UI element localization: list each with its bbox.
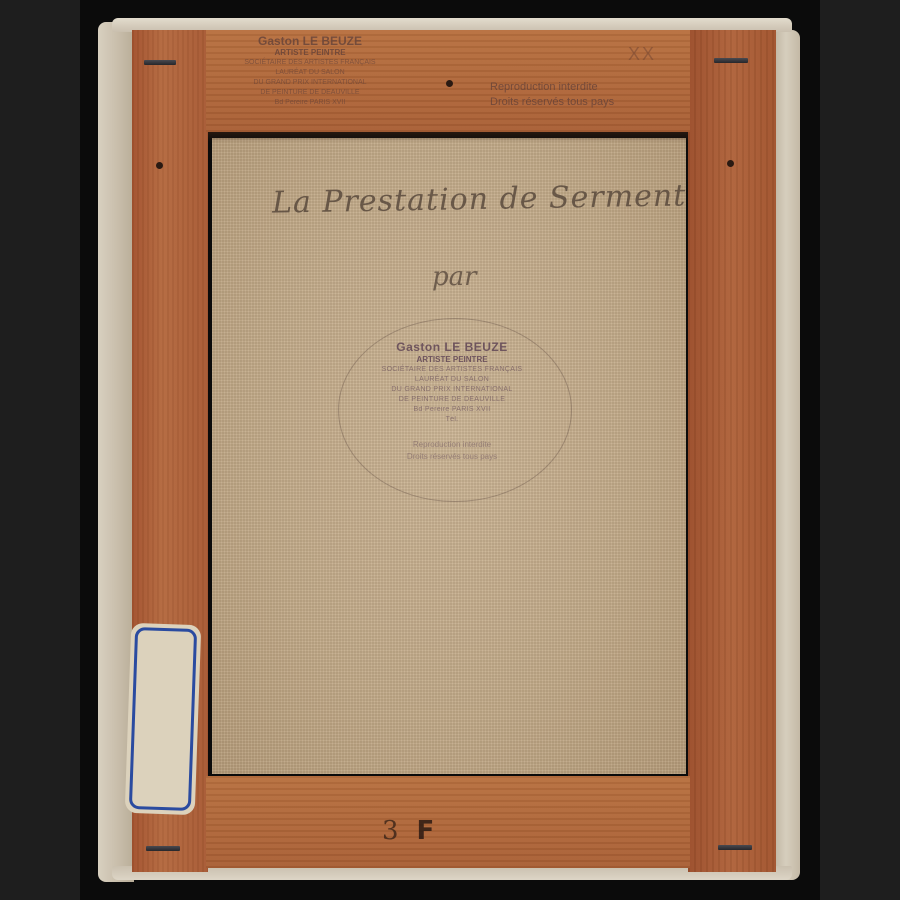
- nail-hole-icon: [446, 80, 453, 87]
- handwritten-par: par: [432, 262, 477, 292]
- stretcher-bar-right: [688, 30, 776, 872]
- staple-icon: [146, 846, 180, 851]
- stamp-repro: Reproduction interdite: [352, 439, 552, 451]
- stamp-line: DE PEINTURE DE DEAUVILLE: [352, 395, 552, 405]
- canvas-size-mark: 3F: [382, 816, 434, 846]
- stamp-name: Gaston LE BEUZE: [220, 34, 400, 48]
- size-number: 3: [382, 816, 399, 846]
- label-border: [129, 627, 197, 811]
- reproduction-stamp: Reproduction interdite Droits réservés t…: [490, 80, 614, 110]
- stamp-line: SOCIÉTAIRE DES ARTISTES FRANÇAIS: [352, 365, 552, 375]
- repro-line: Droits réservés tous pays: [490, 95, 614, 110]
- nail-hole-icon: [156, 162, 163, 169]
- repro-line: Reproduction interdite: [490, 80, 614, 95]
- bar-shadow: [208, 132, 688, 142]
- staple-icon: [714, 58, 748, 63]
- canvas-fold-right: [772, 30, 800, 880]
- stamp-repro: Droits réservés tous pays: [352, 451, 552, 463]
- stamp-line: DU GRAND PRIX INTERNATIONAL: [220, 78, 400, 88]
- artist-stamp-stretcher: Gaston LE BEUZE ARTISTE PEINTRE SOCIÉTAI…: [220, 34, 400, 108]
- stamp-line: LAURÉAT DU SALON: [220, 68, 400, 78]
- stamp-line: SOCIÉTAIRE DES ARTISTES FRANÇAIS: [220, 58, 400, 68]
- stamp-name: Gaston LE BEUZE: [352, 340, 552, 354]
- nail-hole-icon: [727, 160, 734, 167]
- inventory-label: [125, 623, 202, 815]
- handwritten-title: La Prestation de Serment: [272, 178, 687, 220]
- stamp-line: DU GRAND PRIX INTERNATIONAL: [352, 385, 552, 395]
- stretcher-bar-bottom: [206, 776, 690, 868]
- size-letter: F: [417, 816, 435, 846]
- stamp-line: DE PEINTURE DE DEAUVILLE: [220, 88, 400, 98]
- stamp-line: LAURÉAT DU SALON: [352, 375, 552, 385]
- stamp-role: ARTISTE PEINTRE: [220, 48, 400, 58]
- staple-icon: [718, 845, 752, 850]
- artist-stamp-canvas: Gaston LE BEUZE ARTISTE PEINTRE SOCIÉTAI…: [352, 340, 552, 463]
- stamp-line: Bd Pereire PARIS XVII: [220, 98, 400, 108]
- stamp-line: Bd Pereire PARIS XVII: [352, 405, 552, 415]
- staple-icon: [144, 60, 176, 65]
- stamp-role: ARTISTE PEINTRE: [352, 354, 552, 365]
- stamp-line: Tél.: [352, 415, 552, 425]
- corner-mark: XX: [628, 44, 656, 65]
